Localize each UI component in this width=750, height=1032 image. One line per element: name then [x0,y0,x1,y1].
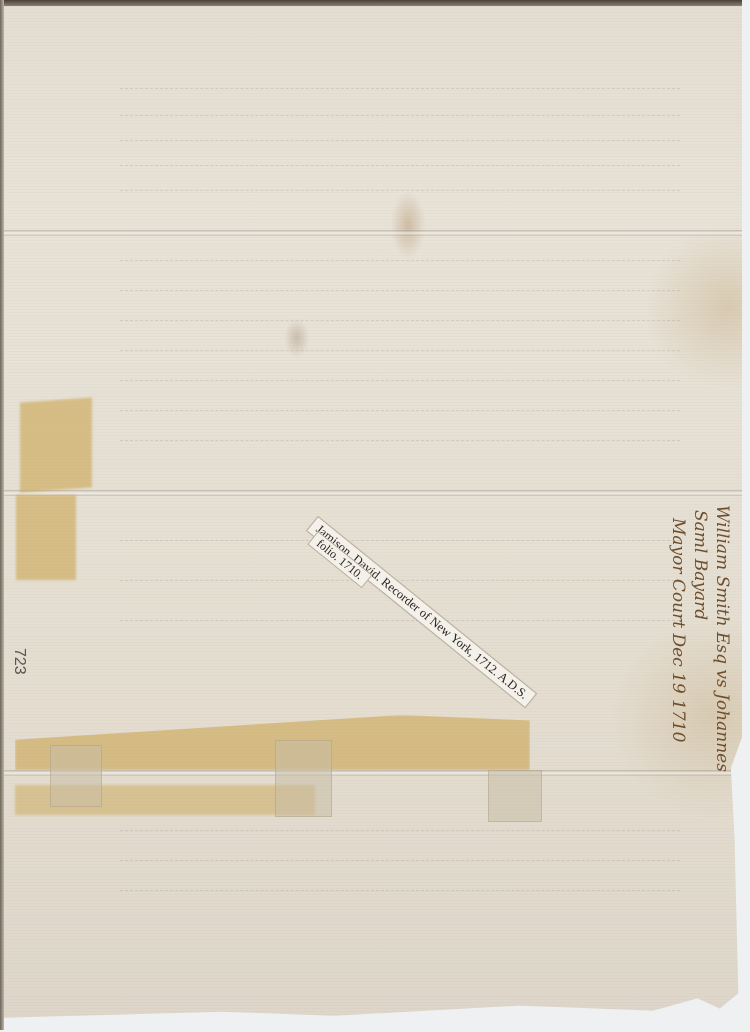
bleed-through-line [120,350,680,352]
bleed-through-line [120,88,680,90]
bleed-through-line [120,190,680,192]
bleed-through-line [120,380,680,382]
docket-line-2: Saml Bayard [690,510,710,620]
bleed-through-line [120,290,680,292]
bleed-through-line [120,440,680,442]
pencil-catalog-number: 723 [10,648,28,675]
bleed-through-line [120,260,680,262]
bleed-through-line [120,860,680,862]
bleed-through-line [120,830,680,832]
tape-piece [275,740,332,817]
fold-line [0,490,742,496]
bleed-through-line [120,140,680,142]
top-edge [0,0,742,6]
docket-line-3: Mayor Court Dec 19 1710 [668,518,688,742]
bleed-through-line [120,165,680,167]
tape-piece [488,770,542,822]
bleed-through-line [120,620,680,622]
docket-line-1: William Smith Esq vs Johannes [712,505,732,772]
tape-stain [16,495,76,580]
bleed-through-line [120,410,680,412]
bleed-through-line [120,890,680,892]
manuscript-page: Jamison, David. Recorder of New York, 17… [0,0,742,1024]
left-edge [0,0,4,1030]
bleed-through-line [120,540,680,542]
fold-line [0,230,742,236]
bleed-through-line [120,320,680,322]
archival-label: Jamison, David. Recorder of New York, 17… [306,516,537,708]
fold-line [0,770,742,776]
tape-stain [20,397,92,492]
tape-piece [50,745,102,807]
bleed-through-line [120,115,680,117]
